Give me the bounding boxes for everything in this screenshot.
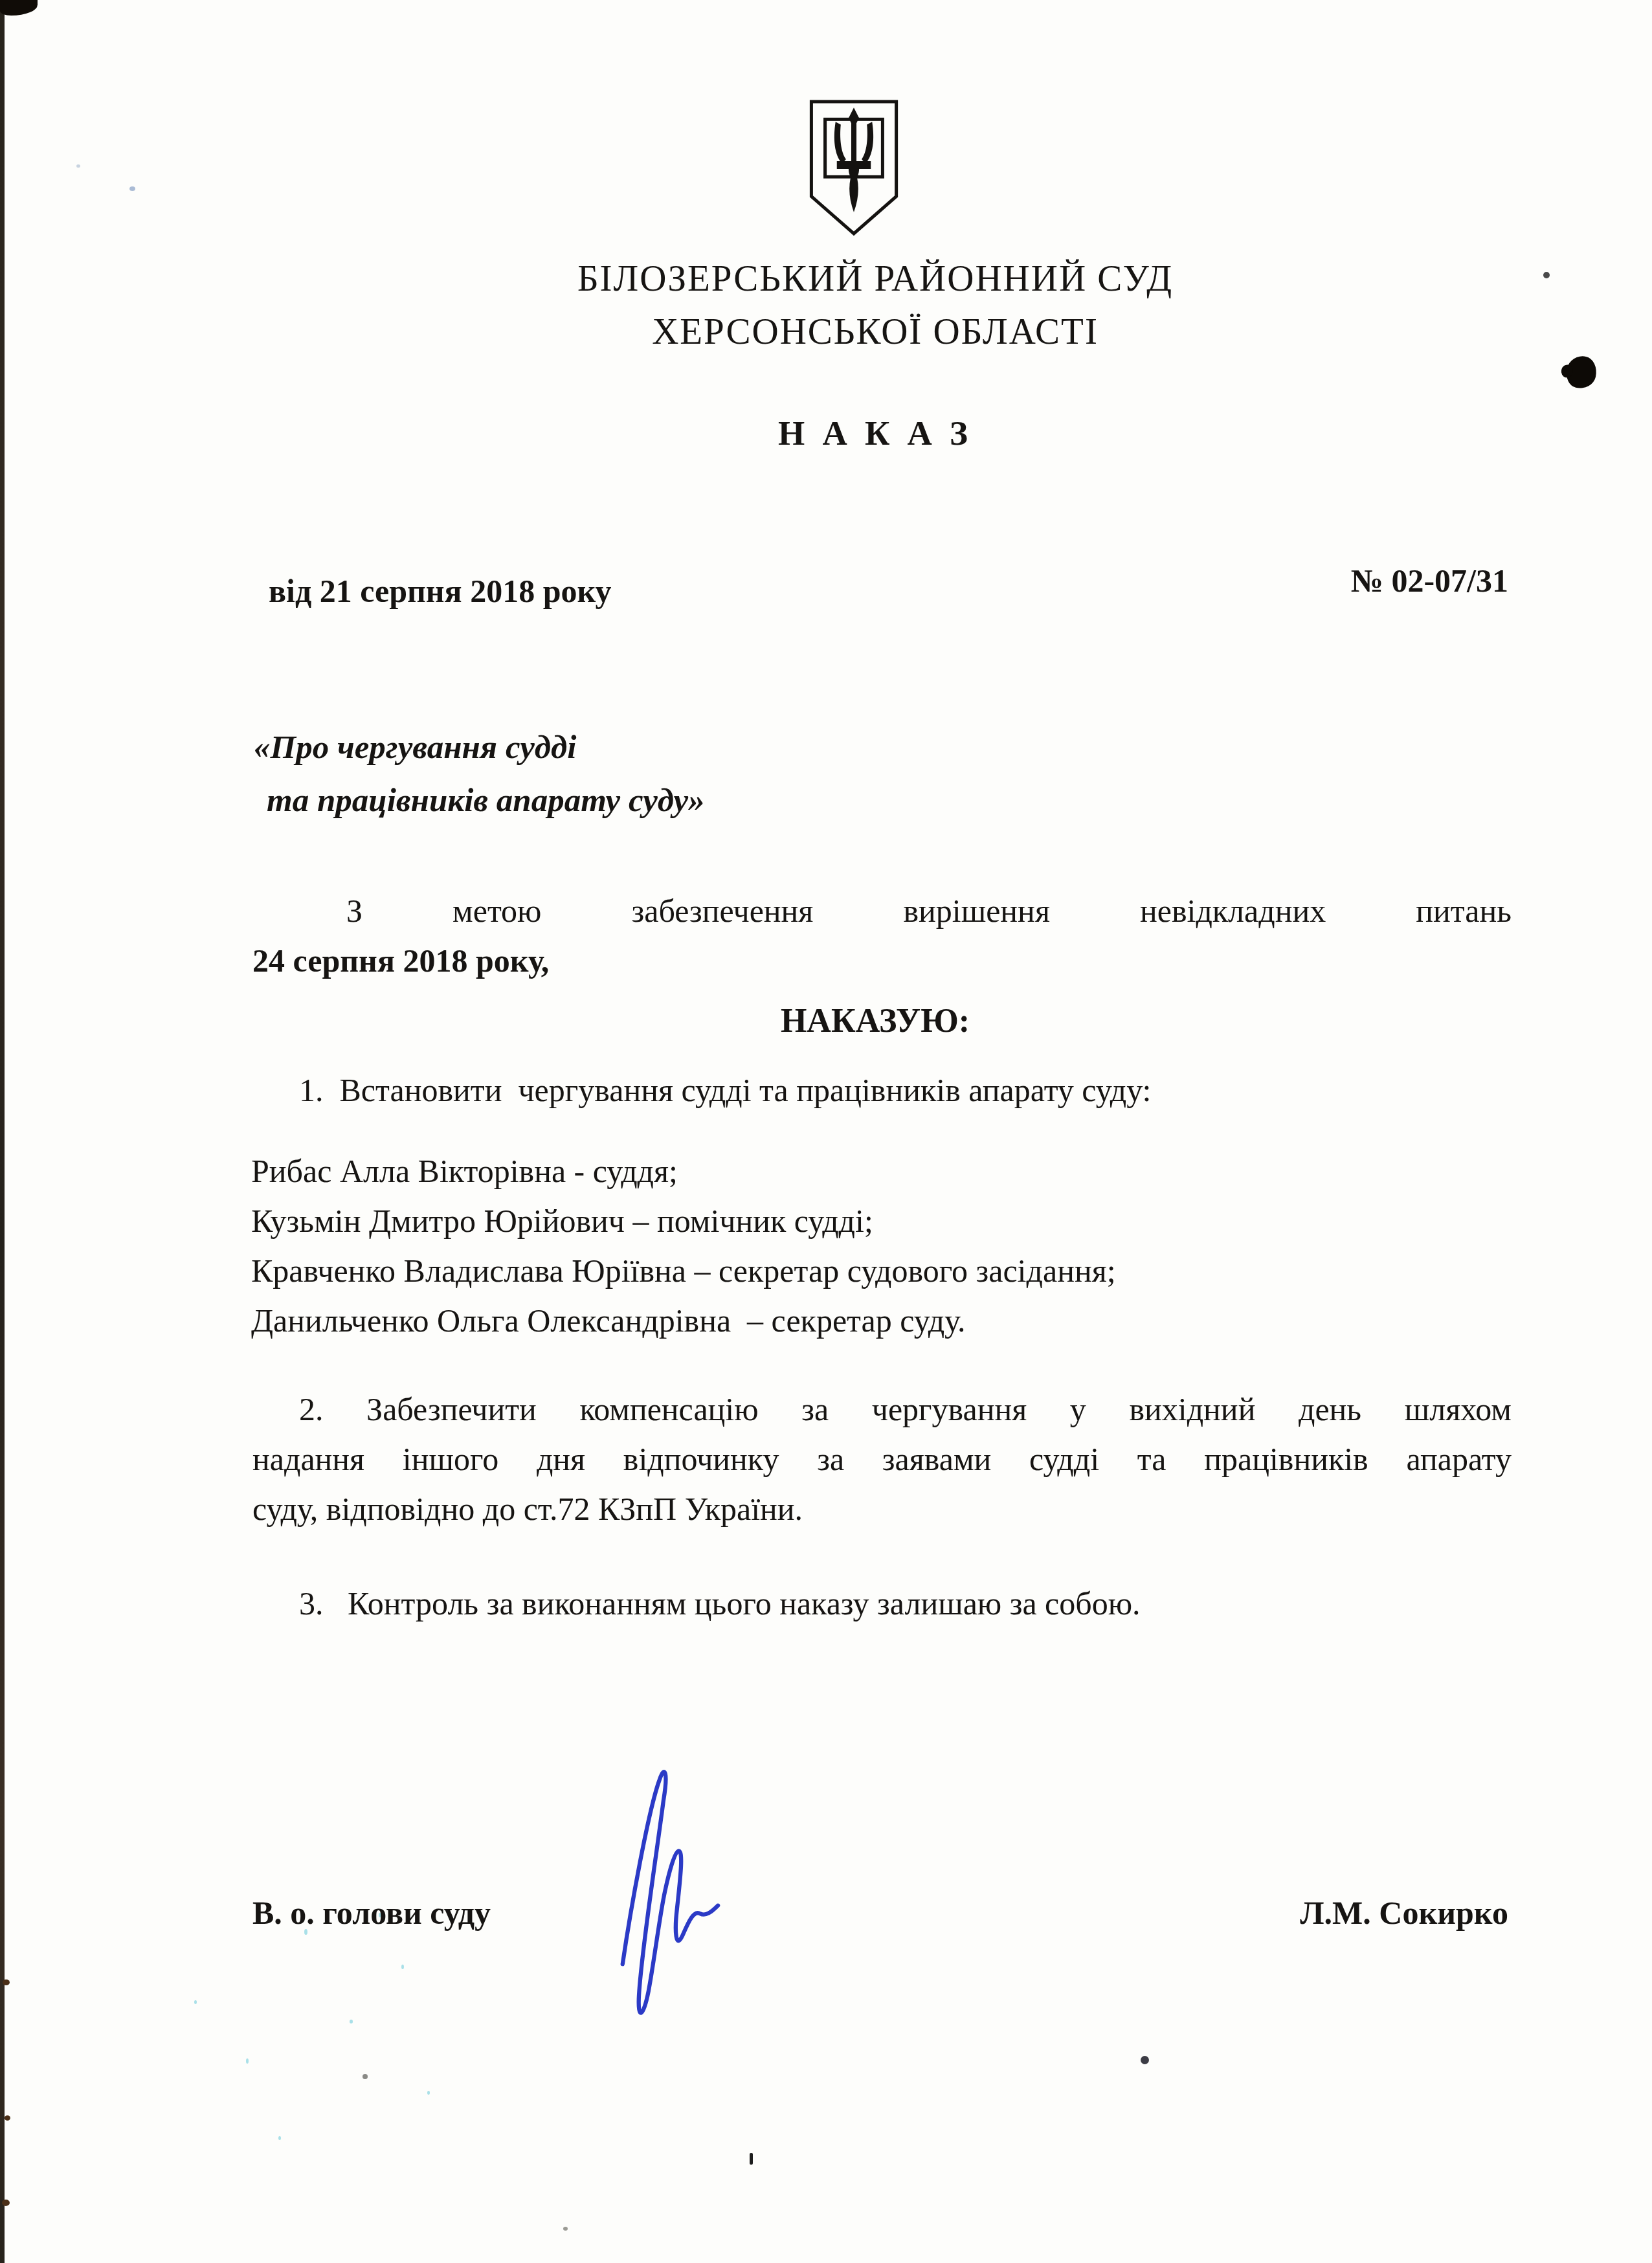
duty-list-item: Рибас Алла Вікторівна - суддя;: [251, 1152, 678, 1190]
duty-list-item: Данильченко Ольга Олександрівна – секрет…: [251, 1302, 966, 1339]
ukraine-trident-icon: [808, 75, 900, 214]
noise-speck: [563, 2227, 568, 2231]
noise-speck: [2, 2200, 10, 2206]
noise-speck: [1141, 2056, 1149, 2064]
signer-name: Л.М. Сокирко: [1165, 1894, 1508, 1932]
subject-line2: та працівників апарату суду»: [267, 782, 705, 819]
document-type-title: Н А К А З: [179, 414, 1572, 453]
ink-blot-artifact: [1563, 353, 1599, 391]
noise-speck: [350, 2020, 353, 2023]
order-number: № 02-07/31: [1165, 562, 1508, 599]
intro-paragraph-line1: З метою забезпечення вирішення невідклад…: [252, 892, 1512, 930]
court-name-line2: ХЕРСОНСЬКОЇ ОБЛАСТІ: [179, 311, 1572, 353]
order-date: від 21 серпня 2018 року: [269, 572, 612, 610]
noise-speck: [427, 2091, 430, 2095]
scan-corner-artifact: [0, 0, 38, 16]
document-page: БІЛОЗЕРСЬКИЙ РАЙОННИЙ СУД ХЕРСОНСЬКОЇ ОБ…: [0, 0, 1652, 2263]
court-name-line1: БІЛОЗЕРСЬКИЙ РАЙОННИЙ СУД: [179, 258, 1572, 300]
noise-speck: [750, 2153, 753, 2165]
noise-speck: [363, 2074, 368, 2079]
noise-speck: [5, 2115, 10, 2121]
noise-speck: [278, 2136, 281, 2140]
order-keyword: НАКАЗУЮ:: [179, 1002, 1572, 1040]
order-item-2-line1: 2. Забезпечити компенсацію за чергування…: [252, 1390, 1512, 1428]
signer-position-title: В. о. голови суду: [252, 1894, 491, 1932]
scan-edge-artifact: [0, 0, 5, 2263]
order-item-3: 3. Контроль за виконанням цього наказу з…: [252, 1585, 1512, 1622]
subject-line1: «Про чергування судді: [254, 729, 576, 766]
noise-speck: [129, 186, 135, 191]
noise-speck: [246, 2058, 249, 2064]
order-item-2-line3: суду, відповідно до ст.72 КЗпП України.: [252, 1490, 803, 1528]
duty-list-item: Кравченко Владислава Юріївна – секретар …: [251, 1252, 1116, 1289]
intro-paragraph-line2: 24 серпня 2018 року,: [252, 942, 549, 979]
signature-ink-icon: [580, 1730, 750, 2016]
duty-list-item: Кузьмін Дмитро Юрійович – помічник судді…: [251, 1202, 873, 1240]
order-item-1: 1. Встановити чергування судді та праців…: [252, 1071, 1512, 1109]
noise-speck: [194, 2000, 197, 2004]
noise-speck: [76, 164, 80, 168]
noise-speck: [401, 1965, 404, 1969]
order-item-2-line2: надання іншого дня відпочинку за заявами…: [252, 1440, 1512, 1478]
noise-speck: [3, 1979, 10, 1985]
